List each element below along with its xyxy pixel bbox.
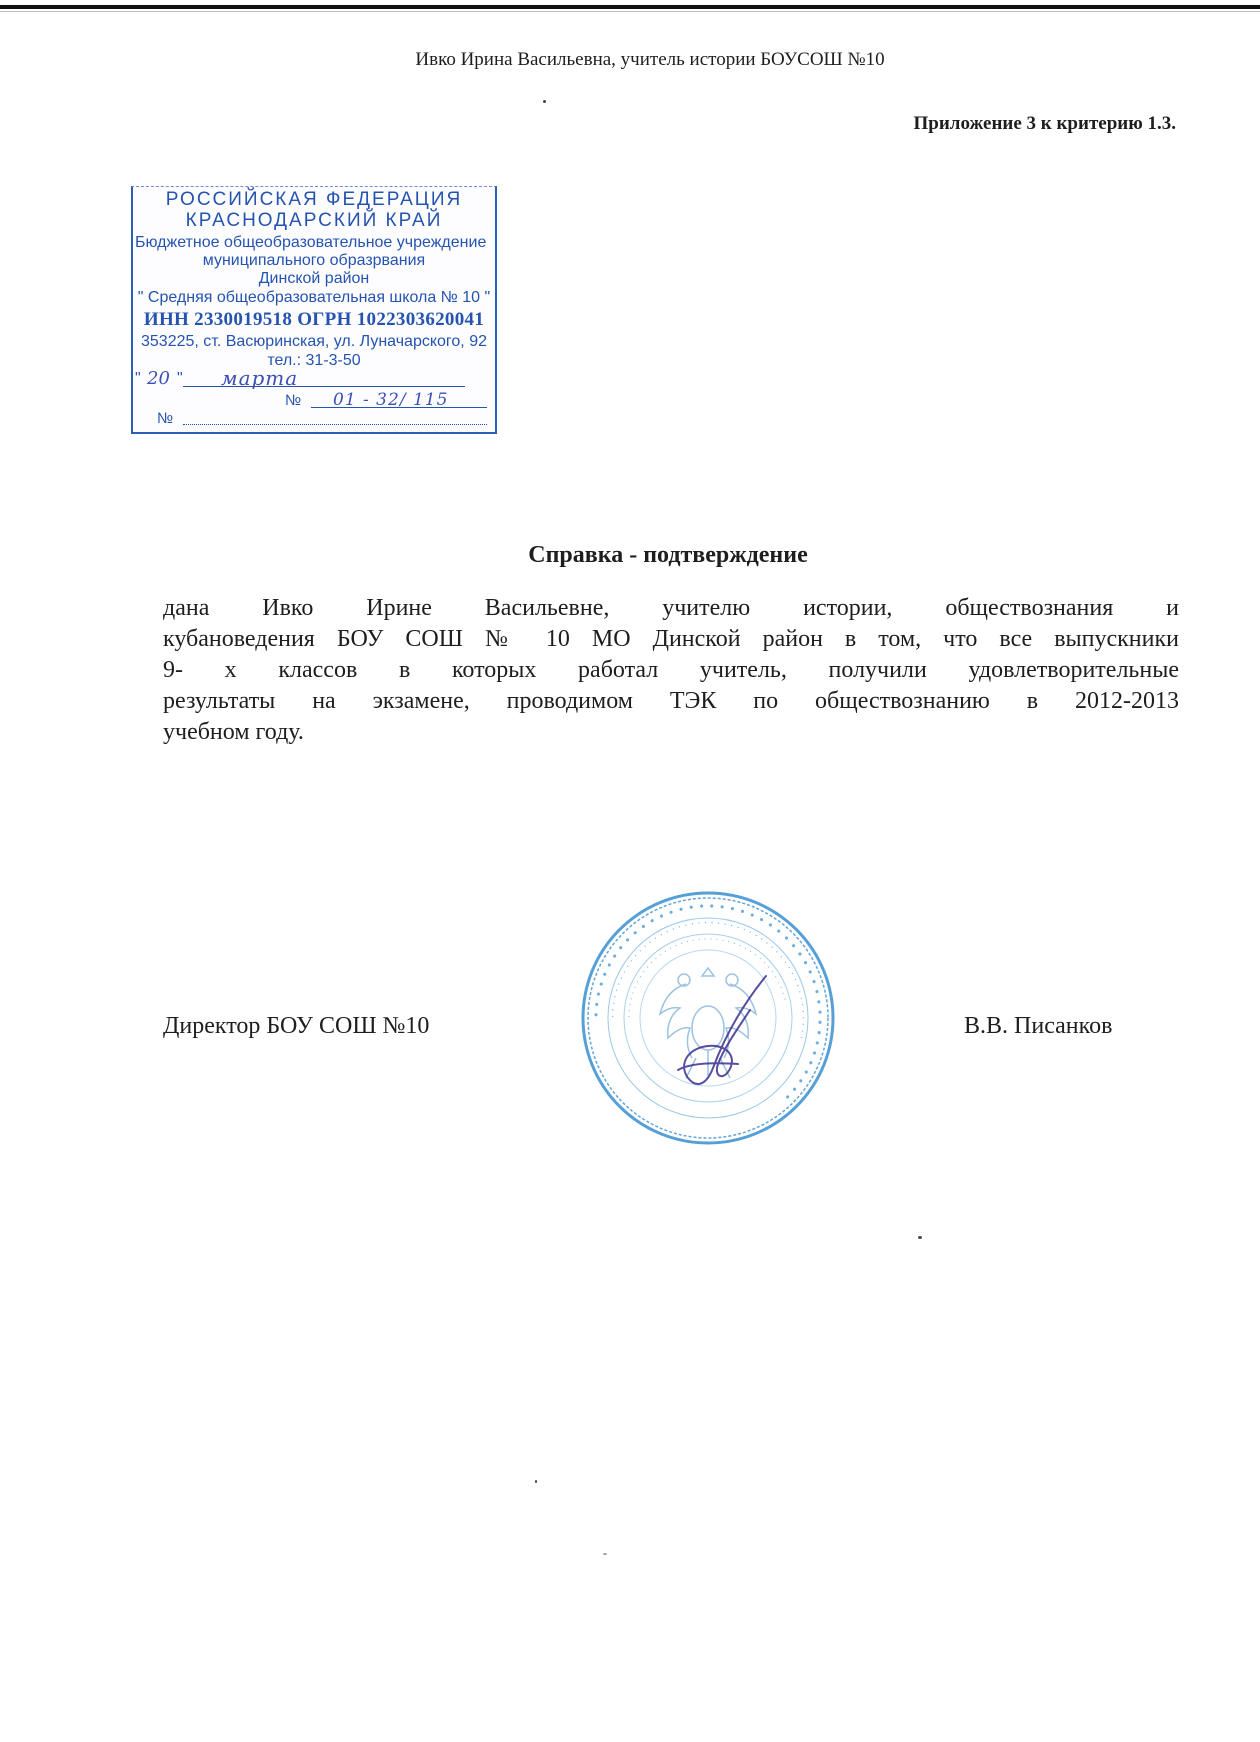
body-line: учебном году. (163, 717, 1179, 748)
appendix-label: Приложение 3 к критерию 1.3. (914, 113, 1176, 135)
stamp-number-underline-2 (183, 424, 487, 425)
stamp-quote-close: " (177, 370, 183, 388)
stamp-line-inn-ogrn: ИНН 2330019518 ОГРН 1022303620041 (133, 308, 495, 332)
body-line: дана Ивко Ирине Васильевне, учителю исто… (163, 593, 1179, 624)
stamp-line-municipality: муниципального образрвания (133, 252, 495, 270)
document-title: Справка - подтверждение (38, 542, 1260, 569)
scan-speck (603, 1553, 607, 1555)
scan-speck (535, 1480, 537, 1483)
stamp-line-school-name: " Средняя общеобразовательная школа № 10… (133, 288, 495, 308)
stamp-number-value: 01 - 32/ 115 (333, 390, 448, 410)
document-header: Ивко Ирина Васильевна, учитель истории Б… (20, 49, 1260, 71)
signer-name: В.В. Писанков (964, 1013, 1112, 1040)
stamp-number-row: № 01 - 32/ 115 (133, 392, 495, 412)
body-line: 9- х классов в которых работал учитель, … (163, 655, 1179, 686)
stamp-line-address: 353225, ст. Васюринская, ул. Луначарског… (133, 332, 495, 352)
body-line: кубановедения БОУ СОШ № 10 МО Динской ра… (163, 624, 1179, 655)
stamp-line-country: РОССИЙСКАЯ ФЕДЕРАЦИЯ (133, 189, 495, 210)
signature-position: Директор БОУ СОШ №10 (163, 1013, 429, 1040)
school-corner-stamp: РОССИЙСКАЯ ФЕДЕРАЦИЯ КРАСНОДАРСКИЙ КРАЙ … (131, 186, 497, 434)
stamp-line-region: КРАСНОДАРСКИЙ КРАЙ (133, 210, 495, 231)
scan-speck (918, 1236, 922, 1239)
stamp-line-district: Динской район (133, 270, 495, 288)
body-line: результаты на экзамене, проводимом ТЭК п… (163, 686, 1179, 717)
stamp-number-row-2: № (133, 412, 495, 430)
stamp-number-label: № (285, 392, 301, 409)
stamp-line-institution-type: Бюджетное общеобразовательное учреждение (133, 233, 495, 252)
stamp-date-day: 20 (147, 368, 170, 389)
stamp-line-phone: тел.: 31-3-50 (133, 352, 495, 370)
official-round-seal-icon: • • • • • • • • • • • • • • • • • • • • … (578, 888, 838, 1148)
scan-edge-line (0, 5, 1260, 9)
scan-speck (543, 100, 546, 103)
document-body: дана Ивко Ирине Васильевне, учителю исто… (163, 593, 1179, 748)
scan-edge-line-thin (0, 11, 1260, 12)
stamp-quote-open: " (135, 370, 141, 388)
stamp-number-label-2: № (157, 410, 173, 427)
stamp-date-row: " 20 " марта (133, 370, 495, 392)
stamp-date-month: марта (221, 366, 298, 390)
